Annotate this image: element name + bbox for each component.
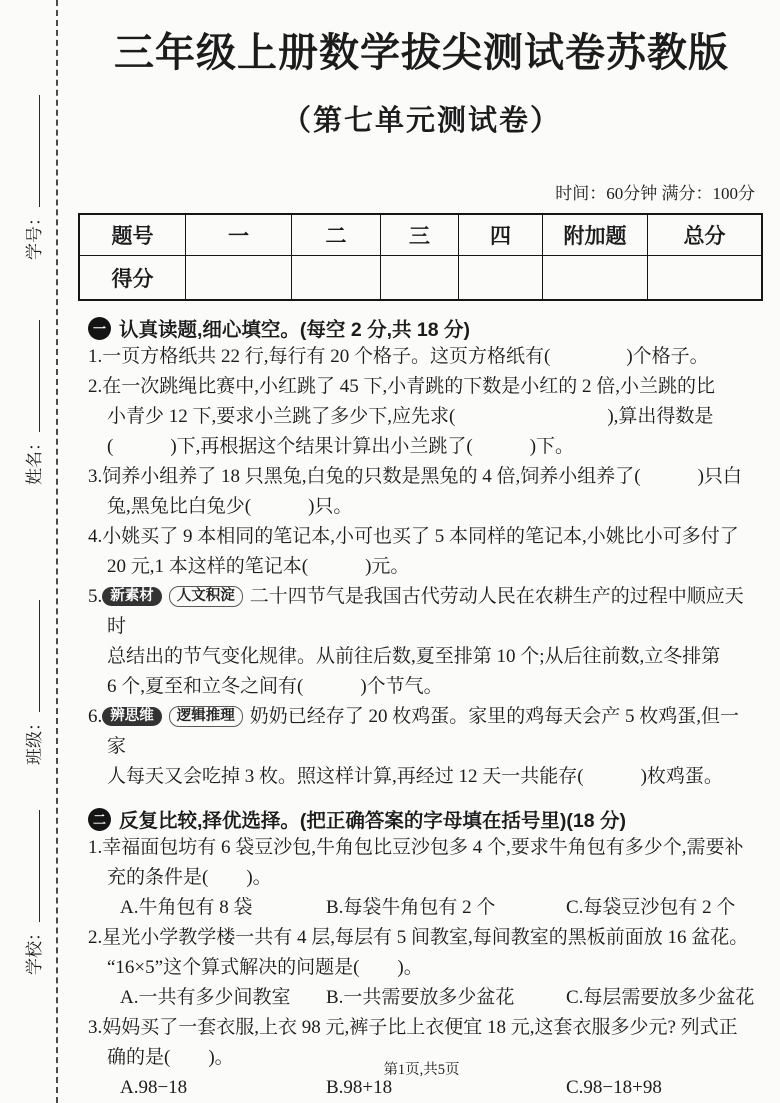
score-table-header-cell: 一 bbox=[186, 214, 292, 256]
question-number: 6. bbox=[88, 706, 102, 727]
question-badge: 逻辑推理 bbox=[169, 706, 243, 727]
question-first-line: 3.饲养小组养了 18 只黑兔,白兔的只数是黑兔的 4 倍,饲养小组养了( )只… bbox=[107, 462, 755, 492]
choice-options: A.牛角包有 8 袋B.每袋牛角包有 2 个C.每袋豆沙包有 2 个 bbox=[107, 893, 755, 923]
question-line: ( )下,再根据这个结果计算出小兰跳了( )下。 bbox=[107, 432, 755, 462]
choice-option: B.每袋牛角包有 2 个 bbox=[326, 893, 566, 923]
question-first-line: 6.辨思维逻辑推理奶奶已经存了 20 枚鸡蛋。家里的鸡每天会产 5 枚鸡蛋,但一… bbox=[107, 702, 755, 762]
score-table-header-cell: 四 bbox=[459, 214, 543, 256]
choice-option: A.牛角包有 8 袋 bbox=[120, 893, 326, 923]
question: 4.小姚买了 9 本相同的笔记本,小可也买了 5 本同样的笔记本,小姚比小可多付… bbox=[88, 522, 755, 582]
score-table-header-cell: 附加题 bbox=[543, 214, 648, 256]
question-line: 小青少 12 下,要求小兰跳了多少下,应先求( ),算出得数是 bbox=[107, 402, 755, 432]
question-first-line: 2.星光小学教学楼一共有 4 层,每层有 5 间教室,每间教室的黑板前面放 16… bbox=[107, 923, 755, 953]
score-cell bbox=[292, 256, 381, 301]
question-line: 兔,黑兔比白兔少( )只。 bbox=[107, 492, 755, 522]
score-table-header-cell: 二 bbox=[292, 214, 381, 256]
section-number-icon: 一 bbox=[88, 317, 111, 340]
question-number: 2. bbox=[88, 927, 102, 948]
choice-option: A.一共有多少间教室 bbox=[120, 983, 326, 1013]
question-first-line: 3.妈妈买了一套衣服,上衣 98 元,裤子比上衣便宜 18 元,这套衣服多少元?… bbox=[107, 1013, 755, 1043]
page-title: 三年级上册数学拔尖测试卷苏教版 bbox=[88, 28, 755, 78]
question-number: 1. bbox=[88, 837, 102, 858]
seal-dashed-line bbox=[56, 0, 58, 1103]
seal-fill-in-field: 姓名： bbox=[14, 295, 50, 485]
score-cell bbox=[381, 256, 459, 301]
exam-info: 时间：60分钟 满分：100分 bbox=[88, 179, 755, 204]
choice-option: C.每袋豆沙包有 2 个 bbox=[566, 893, 735, 923]
question: 2.在一次跳绳比赛中,小红跳了 45 下,小青跳的下数是小红的 2 倍,小兰跳的… bbox=[88, 372, 755, 462]
seal-field-label: 学校： bbox=[20, 924, 45, 975]
seal-field-blank-line bbox=[24, 810, 40, 922]
section-heading-text: 认真读题,细心填空。(每空 2 分,共 18 分) bbox=[119, 314, 470, 342]
score-cell bbox=[648, 256, 763, 301]
score-row-label: 得分 bbox=[79, 256, 186, 301]
question: 1.幸福面包坊有 6 袋豆沙包,牛角包比豆沙包多 4 个,要求牛角包有多少个,需… bbox=[88, 833, 755, 923]
question-badge: 新素材 bbox=[102, 587, 162, 606]
question-line: 6 个,夏至和立冬之间有( )个节气。 bbox=[107, 672, 755, 702]
question-sections: 一认真读题,细心填空。(每空 2 分,共 18 分)1.一页方格纸共 22 行,… bbox=[88, 314, 755, 1103]
question-number: 3. bbox=[88, 1017, 102, 1038]
question-first-line: 1.一页方格纸共 22 行,每行有 20 个格子。这页方格纸有( )个格子。 bbox=[107, 342, 755, 372]
score-table-header-cell: 三 bbox=[381, 214, 459, 256]
question-badge: 辨思维 bbox=[102, 707, 162, 726]
section-heading-text: 反复比较,择优选择。(把正确答案的字母填在括号里)(18 分) bbox=[119, 805, 626, 833]
seal-fill-in-field: 班级： bbox=[14, 575, 50, 765]
question-first-line: 1.幸福面包坊有 6 袋豆沙包,牛角包比豆沙包多 4 个,要求牛角包有多少个,需… bbox=[107, 833, 755, 863]
seal-field-label: 姓名： bbox=[20, 434, 45, 485]
question-first-line: 5.新素材人文积淀二十四节气是我国古代劳动人民在农耕生产的过程中顺应天时 bbox=[107, 582, 755, 642]
section-heading-1: 一认真读题,细心填空。(每空 2 分,共 18 分) bbox=[88, 314, 755, 342]
question-line: 人每天又会吃掉 3 枚。照这样计算,再经过 12 天一共能存( )枚鸡蛋。 bbox=[107, 762, 755, 792]
question: 1.一页方格纸共 22 行,每行有 20 个格子。这页方格纸有( )个格子。 bbox=[88, 342, 755, 372]
question-number: 3. bbox=[88, 466, 102, 487]
question-line: 充的条件是( )。 bbox=[107, 863, 755, 893]
question-number: 4. bbox=[88, 526, 102, 547]
seal-fill-in-field: 学校： bbox=[14, 785, 50, 975]
choice-options: A.一共有多少间教室B.一共需要放多少盆花C.每层需要放多少盆花 bbox=[107, 983, 755, 1013]
seal-field-blank-line bbox=[24, 320, 40, 432]
question-number: 5. bbox=[88, 586, 102, 607]
choice-option: C.每层需要放多少盆花 bbox=[566, 983, 754, 1013]
question-line: 总结出的节气变化规律。从前往后数,夏至排第 10 个;从后往前数,立冬排第 bbox=[107, 642, 755, 672]
section-number-icon: 二 bbox=[88, 808, 111, 831]
question: 2.星光小学教学楼一共有 4 层,每层有 5 间教室,每间教室的黑板前面放 16… bbox=[88, 923, 755, 1013]
section-heading-2: 二反复比较,择优选择。(把正确答案的字母填在括号里)(18 分) bbox=[88, 805, 755, 833]
test-paper: 三年级上册数学拔尖测试卷苏教版 （第七单元测试卷） 时间：60分钟 满分：100… bbox=[88, 0, 755, 1103]
score-table-header-row: 题号一二三四附加题总分 bbox=[79, 214, 762, 256]
question-line: “16×5”这个算式解决的问题是( )。 bbox=[107, 953, 755, 983]
choice-option: B.一共需要放多少盆花 bbox=[326, 983, 566, 1013]
question-number: 2. bbox=[88, 376, 102, 397]
question-number: 1. bbox=[88, 346, 102, 367]
question-line: 20 元,1 本这样的笔记本( )元。 bbox=[107, 552, 755, 582]
page-subtitle: （第七单元测试卷） bbox=[88, 98, 755, 139]
score-table-header-cell: 题号 bbox=[79, 214, 186, 256]
question: 6.辨思维逻辑推理奶奶已经存了 20 枚鸡蛋。家里的鸡每天会产 5 枚鸡蛋,但一… bbox=[88, 702, 755, 792]
seal-fill-in-field: 学号： bbox=[14, 70, 50, 260]
question-badge: 人文积淀 bbox=[169, 586, 243, 607]
seal-field-blank-line bbox=[24, 600, 40, 712]
question-first-line: 2.在一次跳绳比赛中,小红跳了 45 下,小青跳的下数是小红的 2 倍,小兰跳的… bbox=[107, 372, 755, 402]
score-cell bbox=[459, 256, 543, 301]
seal-field-blank-line bbox=[24, 95, 40, 207]
seal-field-label: 学号： bbox=[20, 209, 45, 260]
score-table-score-row: 得分 bbox=[79, 256, 762, 301]
score-cell bbox=[186, 256, 292, 301]
seal-field-label: 班级： bbox=[20, 714, 45, 765]
question: 5.新素材人文积淀二十四节气是我国古代劳动人民在农耕生产的过程中顺应天时总结出的… bbox=[88, 582, 755, 702]
score-cell bbox=[543, 256, 648, 301]
score-table-header-cell: 总分 bbox=[648, 214, 763, 256]
page-footer: 第1页,共5页 bbox=[88, 1058, 755, 1079]
question-first-line: 4.小姚买了 9 本相同的笔记本,小可也买了 5 本同样的笔记本,小姚比小可多付… bbox=[107, 522, 755, 552]
score-table: 题号一二三四附加题总分得分 bbox=[78, 213, 763, 301]
question: 3.饲养小组养了 18 只黑兔,白兔的只数是黑兔的 4 倍,饲养小组养了( )只… bbox=[88, 462, 755, 522]
